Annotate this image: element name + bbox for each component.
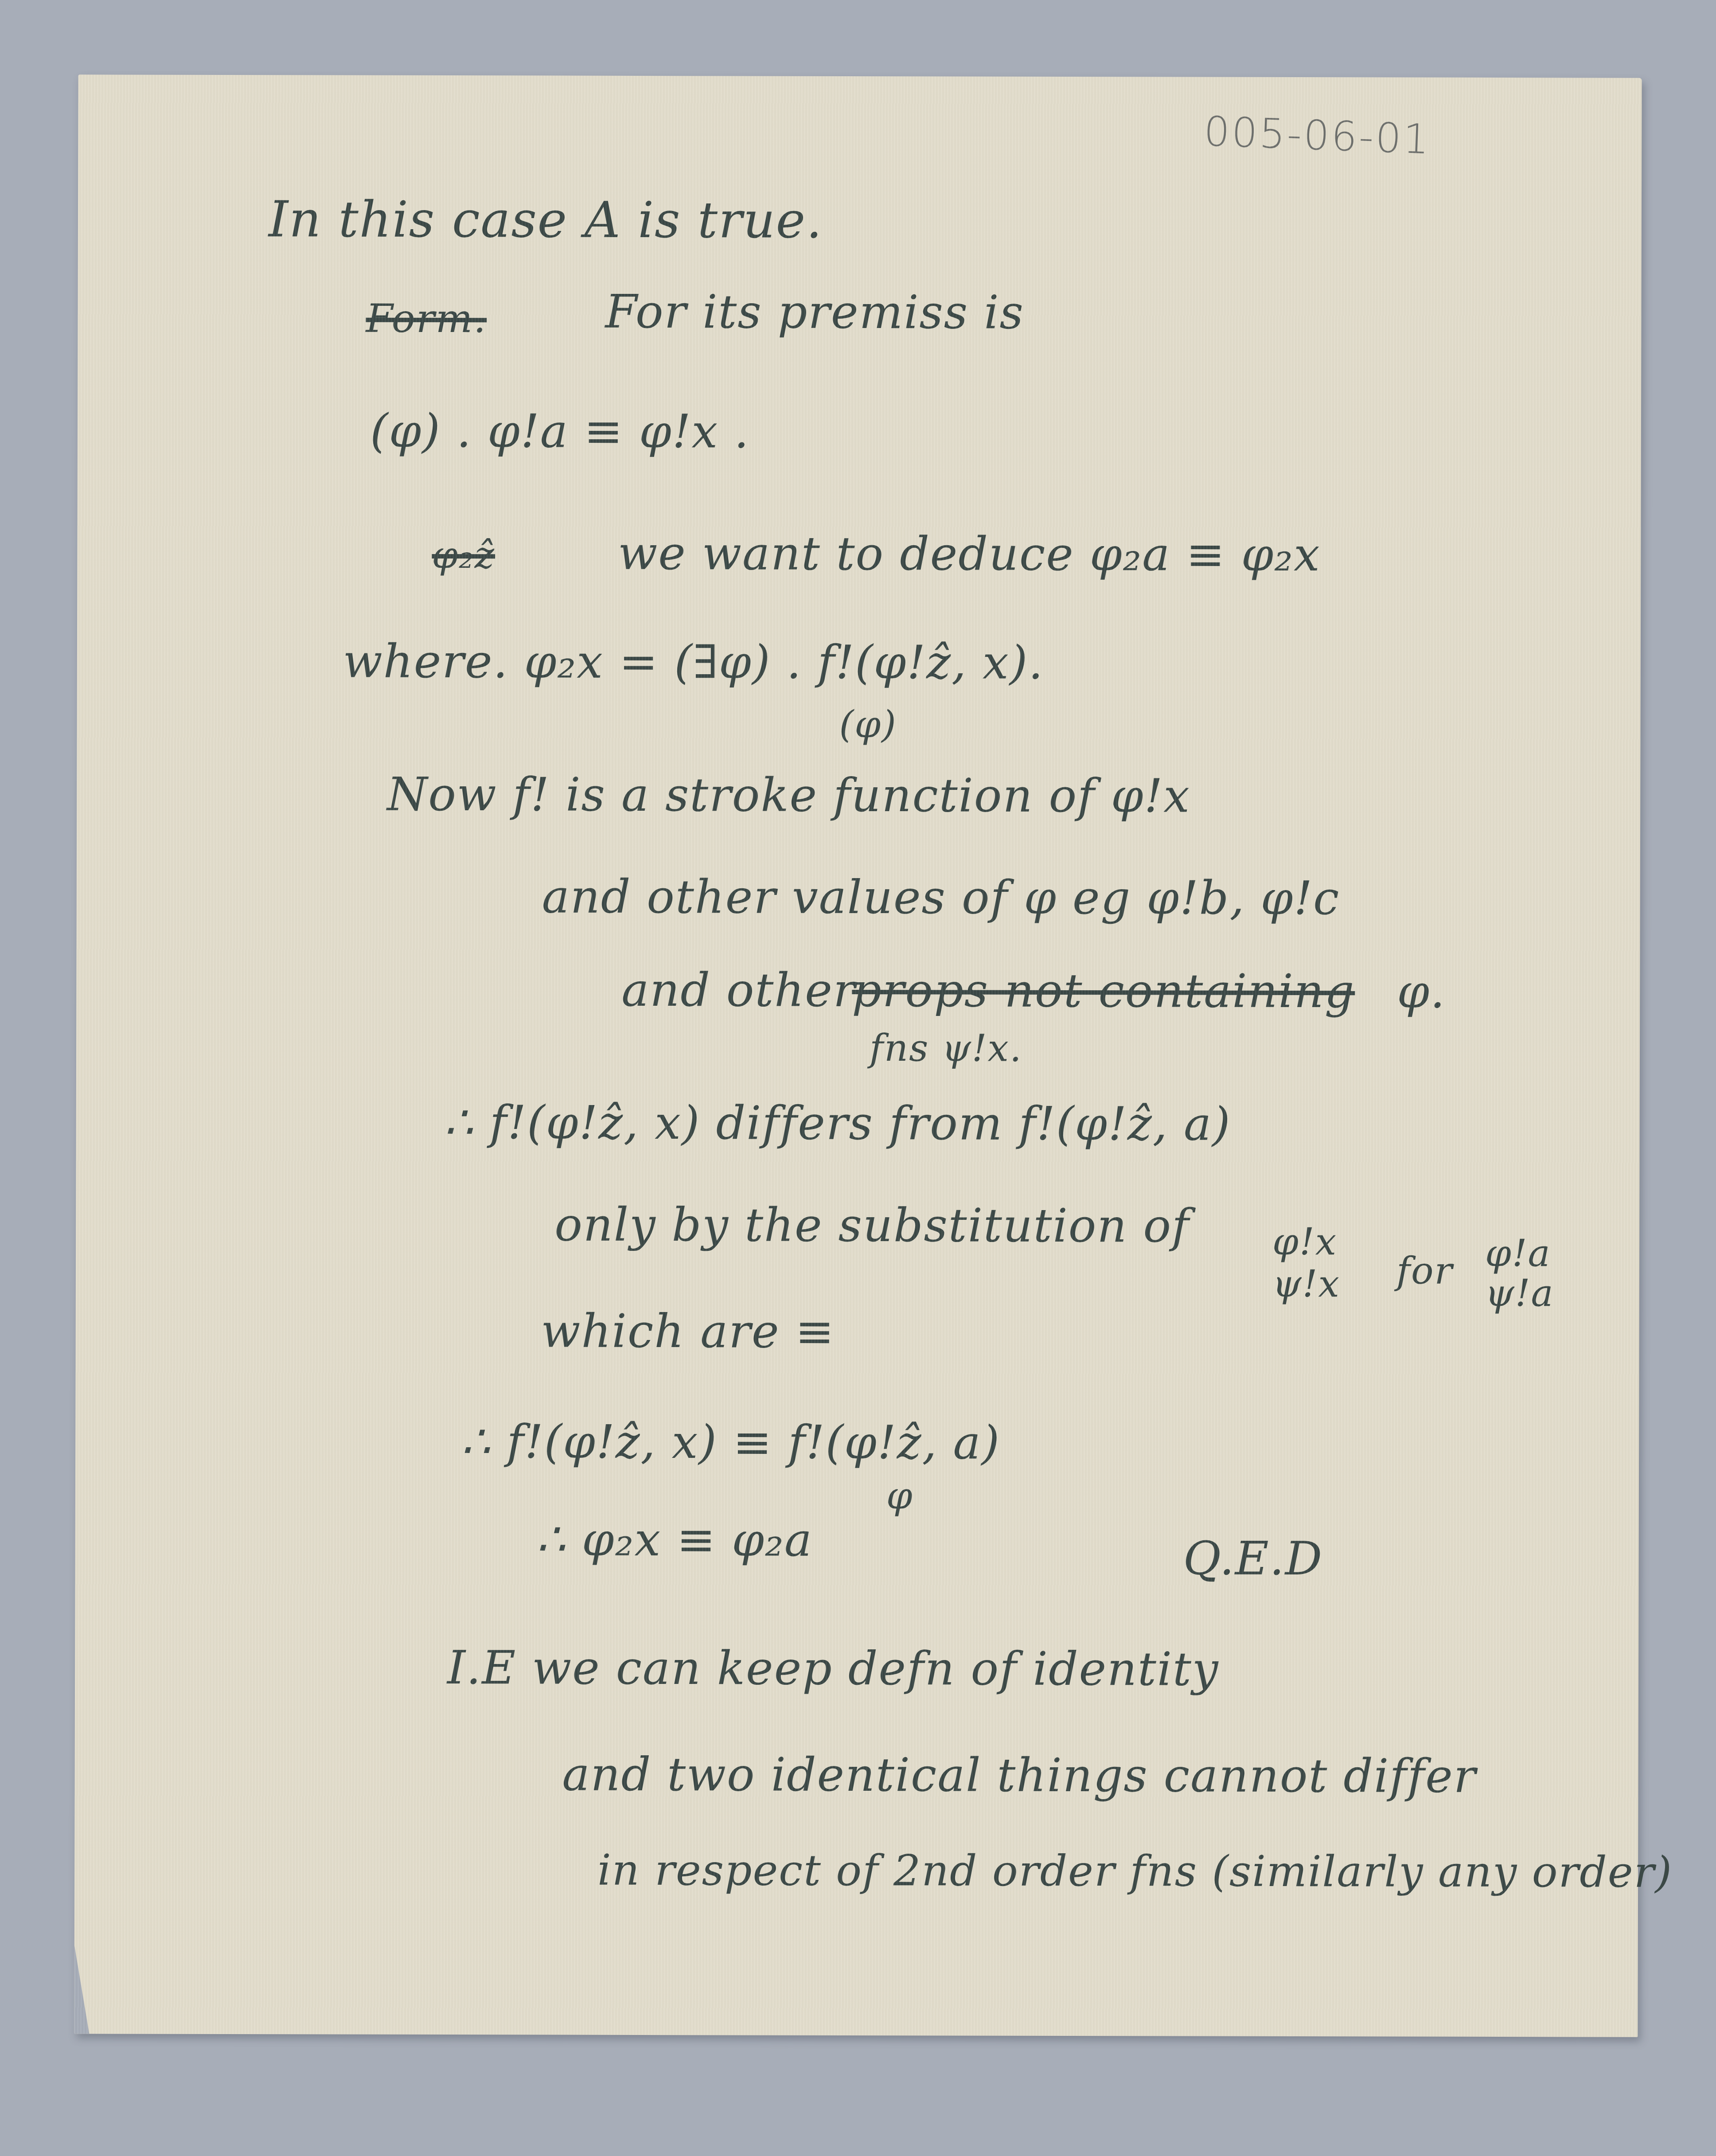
- manuscript-page: 005-06-01 In this case A is true. Form. …: [74, 74, 1642, 2037]
- insertion-fns-psi-x: fns ψ!x.: [870, 1029, 1022, 1067]
- substitution-phi-x: φ!x: [1272, 1223, 1337, 1260]
- archive-id: 005-06-01: [1203, 108, 1432, 164]
- line-and-other-values: and other values of φ eg φ!b, φ!c: [542, 874, 1340, 922]
- line-and-other-phi: φ.: [1397, 969, 1446, 1015]
- line-in-this-case: In this case A is true.: [269, 195, 823, 246]
- line-which-are-equiv: which are ≡: [541, 1308, 835, 1355]
- line-only-by-substitution: only by the substitution of: [554, 1202, 1190, 1249]
- substitution-psi-a: ψ!a: [1485, 1274, 1554, 1312]
- line-therefore-phi2: ∴ φ₂x ≡ φ₂a: [536, 1516, 813, 1562]
- line-ie-keep-defn: I.E we can keep defn of identity: [447, 1644, 1219, 1692]
- line-in-respect-of-2nd-order: in respect of 2nd order fns (similarly a…: [597, 1849, 1673, 1894]
- line-two-identical-things: and two identical things cannot differ: [562, 1751, 1476, 1799]
- substitution-psi-x: ψ!x: [1272, 1265, 1340, 1302]
- line-for-its-premiss: For its premiss is: [605, 289, 1024, 336]
- folded-corner: [74, 1945, 89, 2034]
- equiv-subscript-phi: φ: [886, 1477, 913, 1514]
- line-where-subscript-phi: (φ): [839, 706, 897, 743]
- line-premiss-formula: (φ) . φ!a ≡ φ!x .: [370, 408, 750, 455]
- line-differs-from: ∴ f!(φ!ẑ, x) differs from f!(φ!ẑ, a): [444, 1099, 1231, 1147]
- line-now-f-stroke-function: Now f! is a stroke function of φ!x: [387, 771, 1190, 819]
- struck-phi2-z: φ₂ẑ: [432, 536, 495, 574]
- line-and-other: and other: [621, 967, 856, 1013]
- line-where-definition: where. φ₂x = (∃φ) . f!(φ!ẑ, x).: [343, 638, 1044, 686]
- line-want-to-deduce: we want to deduce φ₂a ≡ φ₂x: [618, 530, 1321, 578]
- substitution-for: for: [1396, 1252, 1453, 1289]
- struck-props-not-containing: props not containing: [852, 967, 1355, 1014]
- qed-mark: Q.E.D: [1183, 1535, 1323, 1582]
- substitution-phi-a: φ!a: [1485, 1234, 1551, 1272]
- line-therefore-f-equiv: ∴ f!(φ!ẑ, x) ≡ f!(φ!ẑ, a): [461, 1418, 1000, 1466]
- struck-word-form: Form.: [366, 299, 487, 339]
